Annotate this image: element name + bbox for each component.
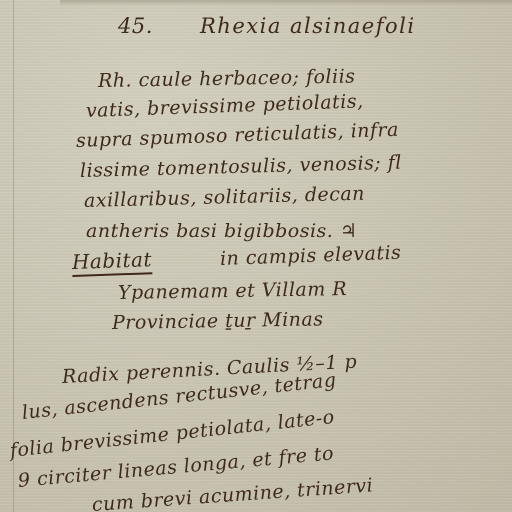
description-line-1: Rh. caule herbaceo; foliis <box>98 66 356 92</box>
page-edge-shadow <box>60 0 512 6</box>
description-line-4: lissime tomentosulis, venosis; fl <box>80 152 402 182</box>
description-line-5: axillaribus, solitariis, decan <box>84 183 365 212</box>
habitat-line-3: Provinciae ṯuṟ Minas <box>112 308 324 334</box>
manuscript-page: 45. Rhexia alsinaefoli Rh. caule herbace… <box>0 0 512 512</box>
habitat-label: Habitat <box>72 247 153 277</box>
description-line-2: vatis, brevissime petiolatis, <box>86 90 364 122</box>
habitat-line-2: Ypanemam et Villam R <box>118 278 347 304</box>
page-margin-fold <box>13 0 14 512</box>
habitat-line-1: in campis elevatis <box>220 242 402 270</box>
species-number: 45. <box>118 14 153 38</box>
description-line-6: antheris basi bigibbosis. ♃ <box>86 220 357 242</box>
description-line-3: supra spumoso reticulatis, infra <box>76 119 400 152</box>
species-title: Rhexia alsinaefoli <box>200 14 416 38</box>
